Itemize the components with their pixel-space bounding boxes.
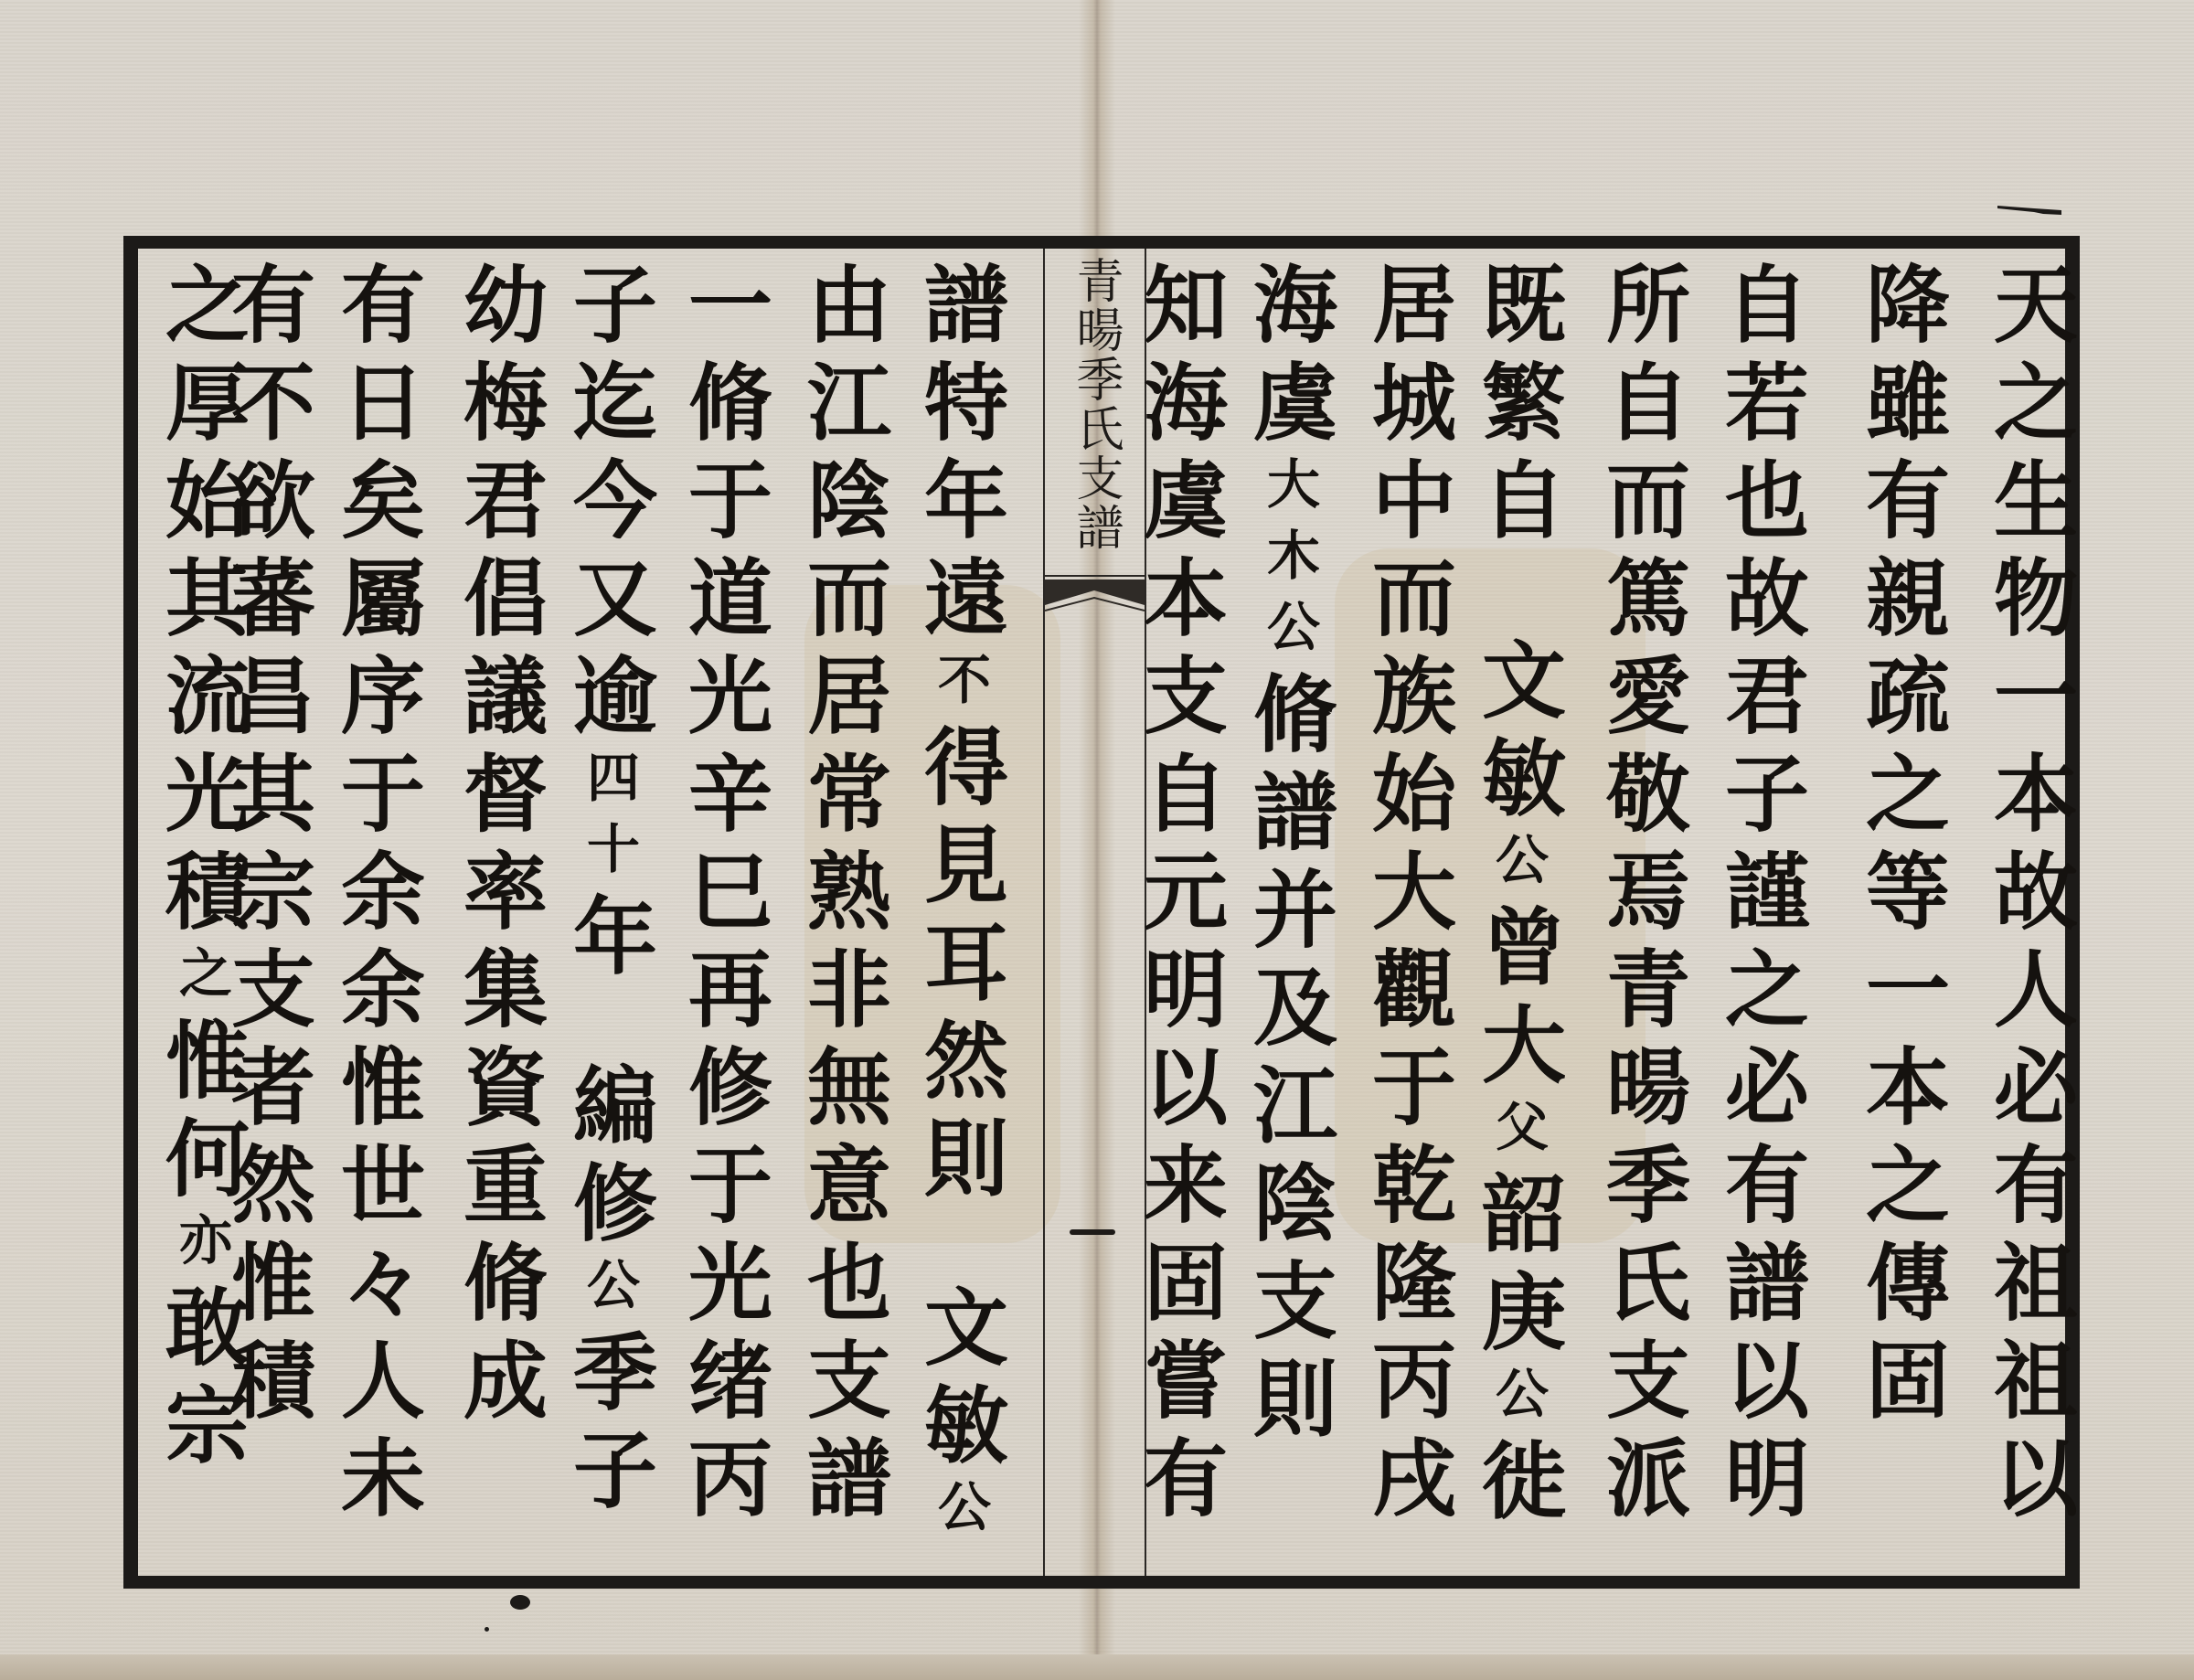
right-col-1: 天之生物一本故人必有祖祖以 bbox=[1975, 261, 2084, 1577]
right-col-4: 所自而篤愛敬焉青暘季氏支派 bbox=[1587, 261, 1697, 1577]
small-text-run: 不 bbox=[929, 652, 991, 723]
text-run: 幼梅君倡議督率集資重脩成 bbox=[450, 261, 548, 1434]
text-run: 知海虞本支自元明以来固嘗有 bbox=[1130, 261, 1229, 1532]
left-col-3: 一脩于道光辛巳再修于光绪丙 bbox=[669, 261, 779, 1577]
left-col-8: 之厚始其流光積之惟何亦敢宗 bbox=[146, 261, 256, 1577]
text-run: 編修 bbox=[559, 1061, 658, 1257]
text-run: 譜特年遠 bbox=[911, 261, 1009, 652]
right-col-8: 知海虞本支自元明以来固嘗有 bbox=[1124, 261, 1234, 1577]
right-col-5: 既繁自文敏公曾大父韶庚公徙 bbox=[1463, 261, 1572, 1577]
right-col-6: 居城中而族始大觀于乾隆丙戌 bbox=[1353, 261, 1463, 1577]
spacer bbox=[578, 990, 640, 1061]
right-col-3: 自若也故君子謹之必有譜以明 bbox=[1706, 261, 1816, 1577]
text-run: 敢宗 bbox=[152, 1283, 250, 1479]
text-run: 文敏 bbox=[911, 1283, 1009, 1479]
spacer bbox=[929, 1212, 991, 1283]
text-run: 脩譜并及江陰支則 bbox=[1240, 670, 1338, 1452]
text-run: 一脩于道光辛巳再修于光绪丙 bbox=[675, 261, 773, 1532]
text-run: 年 bbox=[559, 892, 658, 990]
text-run: 文敏 bbox=[1468, 636, 1567, 832]
small-text-run: 之 bbox=[170, 945, 232, 1016]
left-col-2: 由江陰而居常熟非無意也支譜 bbox=[788, 261, 898, 1577]
spine-title: 青暘季氏支譜 bbox=[1060, 256, 1130, 552]
small-text-run: 公 bbox=[1486, 1366, 1549, 1437]
text-run: 所自而篤愛敬焉青暘季氏支派 bbox=[1592, 261, 1691, 1532]
left-col-1: 譜特年遠不得見耳然則 文敏公 bbox=[905, 261, 1015, 1577]
ink-speck bbox=[485, 1627, 489, 1632]
text-run: 得見耳然則 bbox=[911, 723, 1009, 1212]
text-run: 惟何 bbox=[152, 1016, 250, 1212]
small-text-run: 公 bbox=[578, 1257, 640, 1328]
right-col-2: 降雖有親疏之等一本之傳固 bbox=[1847, 261, 1956, 1577]
text-run: 既繁自 bbox=[1468, 261, 1567, 554]
text-run: 海虞 bbox=[1240, 261, 1338, 456]
small-text-run: 公 bbox=[929, 1479, 991, 1550]
small-text-run: 大木公 bbox=[1258, 456, 1320, 670]
text-run: 自若也故君子謹之必有譜以明 bbox=[1711, 261, 1810, 1532]
text-run: 子迄今又逾 bbox=[559, 261, 658, 750]
right-col-7: 海虞大木公脩譜并及江陰支則 bbox=[1234, 261, 1344, 1577]
text-run: 天之生物一本故人必有祖祖以 bbox=[1980, 261, 2079, 1532]
text-run: 之厚始其流光積 bbox=[152, 261, 250, 945]
text-run: 居城中而族始大觀于乾隆丙戌 bbox=[1358, 261, 1457, 1532]
book-bottom-edge bbox=[0, 1654, 2194, 1680]
small-text-run: 公 bbox=[1486, 832, 1549, 903]
text-run: 曾大 bbox=[1468, 903, 1567, 1099]
corner-ink-mark bbox=[1997, 203, 2071, 216]
text-run: 韶庚 bbox=[1468, 1170, 1567, 1366]
left-col-6: 有日矣屬序于余余惟世々人未 bbox=[322, 261, 431, 1577]
left-col-5: 幼梅君倡議督率集資重脩成 bbox=[444, 261, 554, 1577]
text-run: 季子 bbox=[559, 1328, 658, 1524]
small-text-run: 父 bbox=[1486, 1099, 1549, 1170]
text-run: 由江陰而居常熟非無意也支譜 bbox=[793, 261, 892, 1532]
left-col-4: 子迄今又逾四十年 編修公季子 bbox=[554, 261, 664, 1577]
ink-blot bbox=[510, 1595, 530, 1610]
text-run: 徙 bbox=[1468, 1437, 1567, 1535]
text-run: 有日矣屬序于余余惟世々人未 bbox=[327, 261, 426, 1532]
page-number-mark bbox=[1070, 1229, 1115, 1235]
small-text-run: 四十 bbox=[578, 750, 640, 892]
small-text-run: 亦 bbox=[170, 1212, 232, 1283]
text-run: 降雖有親疏之等一本之傳固 bbox=[1852, 261, 1951, 1434]
